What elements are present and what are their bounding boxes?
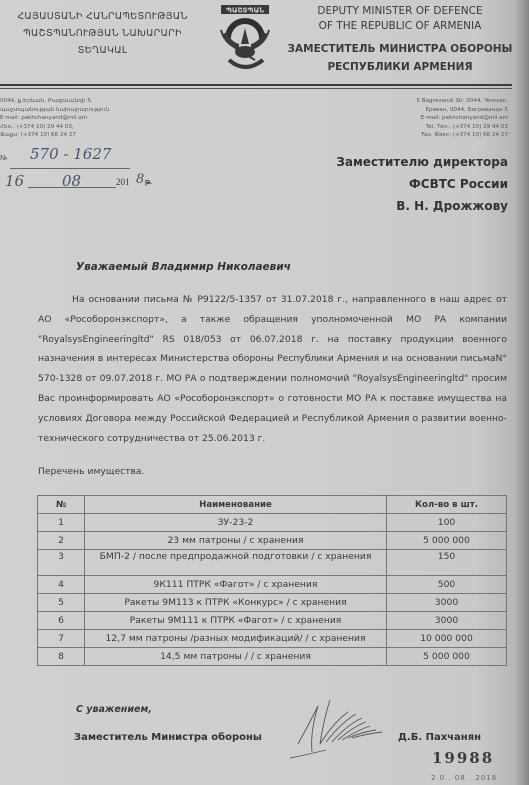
header-divider-thin (0, 88, 512, 89)
registration-day: 16 (5, 172, 24, 190)
item-name: ЗУ-23-2 (85, 514, 387, 532)
table-row: 223 мм патроны / с хранения5 000 000 (38, 532, 507, 550)
address-block-right: 5 Bagrevandi Str.,0044, Yerevan, Ереван,… (360, 97, 508, 140)
registration-number: 570 - 1627 (30, 145, 150, 163)
english-title-line: OF THE REPUBLIC OF ARMENIA (290, 19, 510, 34)
item-name: 14,5 мм патроны / / с хранения (85, 648, 387, 666)
table-row: 6Ракеты 9М111 к ПТРК «Фагот» / с хранени… (38, 612, 507, 630)
registration-underline (10, 168, 130, 169)
row-number: 6 (38, 612, 85, 630)
armenian-title-line: ՊԱՇՏՊԱՆՈՒԹՅԱՆ ՆԱԽԱՐԱՐԻ (0, 25, 205, 42)
body-paragraph: На основании письма № Р9122/5-1357 от 31… (38, 290, 507, 448)
address-line: պաշտպանության նախարարություն (0, 106, 120, 115)
list-title: Перечень имущества. (38, 466, 144, 477)
letter-body: На основании письма № Р9122/5-1357 от 31… (38, 290, 507, 448)
closing-phrase: С уважением, (76, 704, 152, 715)
addressee-line: В. Н. Дрожжову (300, 195, 508, 217)
registration-date-underline (28, 187, 116, 188)
russian-title-line: ЗАМЕСТИТЕЛЬ МИНИСТРА ОБОРОНЫ (285, 40, 515, 58)
address-line: E-mail: pakhchanyand@mil.am (0, 114, 120, 123)
header-divider (0, 84, 512, 86)
armenian-title-line: ՀԱՅԱՍՏԱՆԻ ՀԱՆՐԱՊԵՏՈՒԹՅԱՆ (0, 8, 205, 25)
column-header-quantity: Кол-во в шт. (387, 496, 507, 514)
table-row: 1ЗУ-23-2100 (38, 514, 507, 532)
item-quantity: 10 000 000 (387, 630, 507, 648)
ministry-emblem-icon: ՊԱՇՏՊԱՆ (217, 4, 273, 76)
item-quantity: 5 000 000 (387, 648, 507, 666)
registration-year-prefix: 201 (116, 177, 130, 187)
addressee-line: ФСВТС России (300, 173, 508, 195)
address-line: Tel. Тел.: (+374 10) 29 44 03 (360, 123, 508, 132)
row-number: 4 (38, 576, 85, 594)
table-row: 814,5 мм патроны / / с хранения5 000 000 (38, 648, 507, 666)
english-title-line: DEPUTY MINISTER OF DEFENCE (290, 4, 510, 19)
item-quantity: 500 (387, 576, 507, 594)
addressee-block: Заместителю директора ФСВТС России В. Н.… (300, 151, 508, 217)
row-number: 3 (38, 550, 85, 576)
addressee-line: Заместителю директора (300, 151, 508, 173)
row-number: 8 (38, 648, 85, 666)
registration-prefix: № (0, 154, 7, 162)
address-line: Ֆաքս: (+374 10) 66 24 27 (0, 131, 120, 140)
row-number: 7 (38, 630, 85, 648)
salutation: Уважаемый Владимир Николаевич (76, 261, 291, 273)
armenian-title-line: ՏԵՂԱԿԱԼ (0, 42, 205, 59)
address-line: Fax. Факс: (+374 10) 66 24 27 (360, 131, 508, 140)
item-quantity: 5 000 000 (387, 532, 507, 550)
address-line: Հեռ.: (+374 10) 29 44 03, (0, 123, 120, 132)
signatory-name: Д.Б. Пахчанян (398, 732, 481, 743)
column-header-name: Наименование (85, 496, 387, 514)
row-number: 2 (38, 532, 85, 550)
russian-title-line: РЕСПУБЛИКИ АРМЕНИЯ (285, 58, 515, 76)
address-line: Ереван, 0044, Багреванде 5 (360, 106, 508, 115)
item-quantity: 3000 (387, 594, 507, 612)
item-name: Ракеты 9М111 к ПТРК «Фагот» / с хранения (85, 612, 387, 630)
signatory-title: Заместитель Министра обороны (74, 732, 262, 743)
table-row: 5Ракеты 9М113 к ПТРК «Конкурс» / с хране… (38, 594, 507, 612)
english-letterhead: DEPUTY MINISTER OF DEFENCE OF THE REPUBL… (290, 4, 510, 34)
russian-letterhead: ЗАМЕСТИТЕЛЬ МИНИСТРА ОБОРОНЫ РЕСПУБЛИКИ … (285, 40, 515, 76)
registration-year-suffix: 8 (136, 172, 144, 187)
address-block-left: 0044, ք.Երևան, Բագրևանդի 5, պաշտպանությա… (0, 97, 120, 140)
handwritten-signature-icon (290, 692, 400, 762)
page-edge-shadow (515, 0, 529, 785)
row-number: 5 (38, 594, 85, 612)
item-name: БМП-2 / после предпродажной подготовки /… (85, 550, 387, 576)
address-line: 0044, ք.Երևան, Բագրևանդի 5, (0, 97, 120, 106)
table-row: 49К111 ПТРК «Фагот» / с хранения500 (38, 576, 507, 594)
incoming-stamp-date: 2 0 . 08 . 2018 (431, 774, 497, 782)
item-quantity: 150 (387, 550, 507, 576)
item-quantity: 3000 (387, 612, 507, 630)
item-quantity: 100 (387, 514, 507, 532)
incoming-stamp-number: 19988 (432, 749, 494, 767)
item-name: 23 мм патроны / с хранения (85, 532, 387, 550)
row-number: 1 (38, 514, 85, 532)
table-row: 712,7 мм патроны /разных модификаций/ / … (38, 630, 507, 648)
table-header-row: № Наименование Кол-во в шт. (38, 496, 507, 514)
address-line: 5 Bagrevandi Str.,0044, Yerevan, (360, 97, 508, 106)
armenian-letterhead: ՀԱՅԱՍՏԱՆԻ ՀԱՆՐԱՊԵՏՈՒԹՅԱՆ ՊԱՇՏՊԱՆՈՒԹՅԱՆ Ն… (0, 8, 205, 59)
address-line: E-mail: pakhchanyand@mil.am (360, 114, 508, 123)
item-name: 9К111 ПТРК «Фагот» / с хранения (85, 576, 387, 594)
item-name: 12,7 мм патроны /разных модификаций/ / с… (85, 630, 387, 648)
property-list-table: № Наименование Кол-во в шт. 1ЗУ-23-21002… (37, 495, 507, 666)
table-row: 3БМП-2 / после предпродажной подготовки … (38, 550, 507, 576)
column-header-number: № (38, 496, 85, 514)
svg-text:ՊԱՇՏՊԱՆ: ՊԱՇՏՊԱՆ (226, 6, 264, 14)
registration-year-abbr: թ. (145, 178, 152, 186)
item-name: Ракеты 9М113 к ПТРК «Конкурс» / с хранен… (85, 594, 387, 612)
